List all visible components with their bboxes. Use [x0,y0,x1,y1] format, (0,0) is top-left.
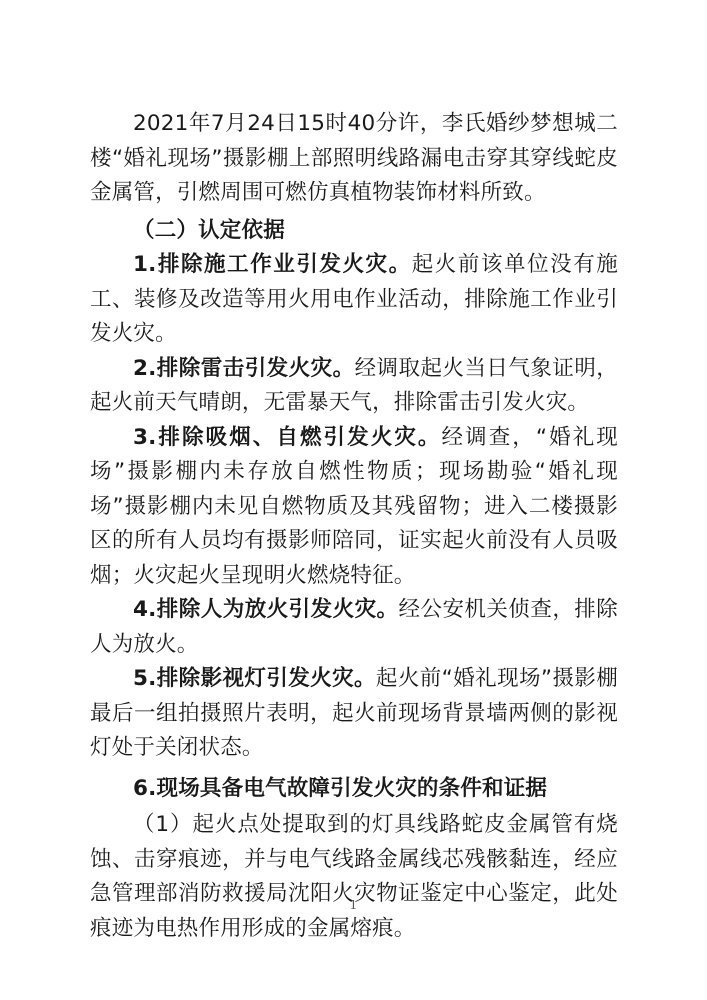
item-lead: 3.排除吸烟、自燃引发火灾。 [133,425,442,450]
heading-text: （二）认定依据 [133,218,285,243]
item-lead: 5.排除影视灯引发火灾。 [133,666,376,691]
item-exclude-lightning: 2.排除雷击引发火灾。经调取起火当日气象证明，起火前天气晴朗，无雷暴天气，排除雷… [90,352,618,421]
item-lead: 4.排除人为放火引发火灾。 [133,597,399,622]
item-lead: 1.排除施工作业引发火灾。 [133,252,412,277]
paragraph-evidence-1: （1）起火点处提取到的灯具线路蛇皮金属管有烧蚀、击穿痕迹，并与电气线路金属线芯残… [90,808,618,946]
section-heading-basis: （二）认定依据 [90,214,618,249]
page-number: 1 [0,898,707,912]
item-exclude-smoking-spontaneous: 3.排除吸烟、自燃引发火灾。经调查，“婚礼现场”摄影棚内未存放自燃性物质；现场勘… [90,421,618,594]
subheading-text: 6.现场具备电气故障引发火灾的条件和证据 [133,776,547,801]
paragraph-text: （1）起火点处提取到的灯具线路蛇皮金属管有烧蚀、击穿痕迹，并与电气线路金属线芯残… [90,812,618,941]
paragraph-text: 2021年7月24日15时40分许，李氏婚纱梦想城二楼“婚礼现场”摄影棚上部照明… [90,111,618,205]
item-lead: 2.排除雷击引发火灾。 [133,356,355,381]
item-exclude-film-light: 5.排除影视灯引发火灾。起火前“婚礼现场”摄影棚最后一组拍摄照片表明，起火前现场… [90,662,618,766]
item-electrical-fault-heading: 6.现场具备电气故障引发火灾的条件和证据 [90,772,618,807]
document-page: 2021年7月24日15时40分许，李氏婚纱梦想城二楼“婚礼现场”摄影棚上部照明… [0,0,707,1000]
document-body: 2021年7月24日15时40分许，李氏婚纱梦想城二楼“婚礼现场”摄影棚上部照明… [90,107,618,946]
paragraph-cause-summary: 2021年7月24日15时40分许，李氏婚纱梦想城二楼“婚礼现场”摄影棚上部照明… [90,107,618,211]
item-exclude-construction: 1.排除施工作业引发火灾。起火前该单位没有施工、装修及改造等用火用电作业活动，排… [90,248,618,352]
item-exclude-arson: 4.排除人为放火引发火灾。经公安机关侦查，排除人为放火。 [90,593,618,662]
